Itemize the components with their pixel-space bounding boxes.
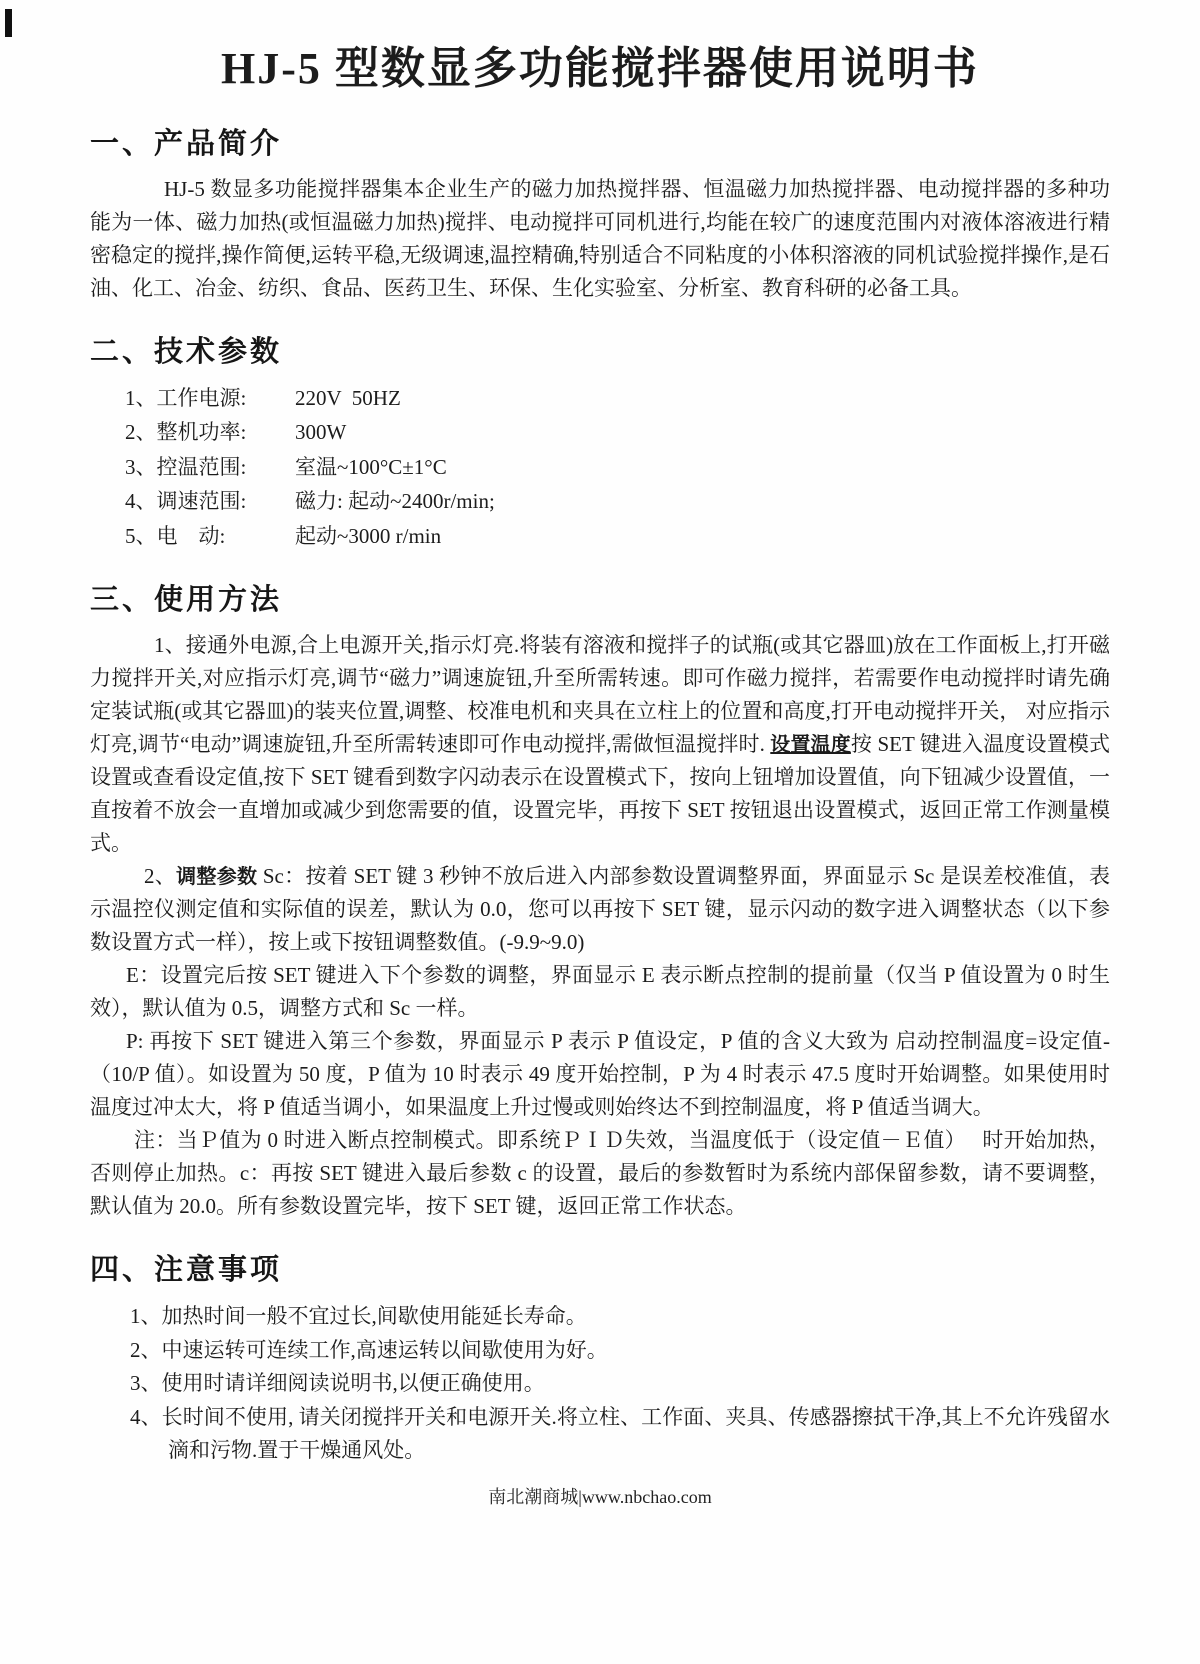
emphasis-text: 设置温度: [770, 732, 851, 756]
usage-paragraph-1: 1、接通外电源,合上电源开关,指示灯亮.将装有溶液和搅拌子的试瓶(或其它器皿)放…: [90, 629, 1110, 860]
section-heading-specs: 二、技术参数: [90, 333, 1110, 371]
spec-value: 磁力: 起动~2400r/min;: [295, 484, 495, 519]
section-heading-intro: 一、产品简介: [90, 125, 1110, 163]
spec-label: 5、电 动:: [125, 519, 295, 554]
document-title: HJ-5 型数显多功能搅拌器使用说明书: [90, 40, 1110, 97]
emphasis-text: 调整参数: [176, 864, 257, 888]
spec-label: 4、调速范围:: [125, 484, 295, 519]
spec-value: 起动~3000 r/min: [295, 519, 441, 554]
usage-paragraph-4: P: 再按下 SET 键进入第三个参数，界面显示 P 表示 P 值设定，P 值的…: [90, 1025, 1110, 1124]
spec-label: 2、整机功率:: [125, 415, 295, 450]
usage-paragraph-5: 注：当Ｐ值为 0 时进入断点控制模式。即系统ＰＩＤ失效，当温度低于（设定值－Ｅ值…: [90, 1124, 1110, 1223]
spec-label: 1、工作电源:: [125, 381, 295, 416]
manual-page: HJ-5 型数显多功能搅拌器使用说明书 一、产品简介 HJ-5 数显多功能搅拌器…: [0, 0, 1200, 1664]
note-item: 4、长时间不使用, 请关闭搅拌开关和电源开关.将立柱、工作面、夹具、传感器擦拭干…: [90, 1401, 1110, 1468]
notes-list: 1、加热时间一般不宜过长,间歇使用能延长寿命。2、中速运转可连续工作,高速运转以…: [90, 1300, 1110, 1468]
intro-paragraph: HJ-5 数显多功能搅拌器集本企业生产的磁力加热搅拌器、恒温磁力加热搅拌器、电动…: [90, 173, 1110, 305]
body-text: 2、: [144, 864, 176, 888]
note-item: 3、使用时请详细阅读说明书,以便正确使用。: [90, 1367, 1110, 1401]
usage-paragraph-2: 2、调整参数 Sc：按着 SET 键 3 秒钟不放后进入内部参数设置调整界面，界…: [90, 860, 1110, 959]
spec-table: 1、工作电源:220V 50HZ2、整机功率:300W3、控温范围:室温~100…: [125, 381, 1110, 554]
section-heading-notes: 四、注意事项: [90, 1251, 1110, 1289]
usage-paragraph-3: E：设置完后按 SET 键进入下个参数的调整，界面显示 E 表示断点控制的提前量…: [90, 959, 1110, 1025]
body-text: 注：当Ｐ值为 0 时进入断点控制模式。即系统ＰＩＤ失效，当温度低于（设定值－Ｅ值…: [90, 1128, 1110, 1218]
body-text: E：设置完后按 SET 键进入下个参数的调整，界面显示 E 表示断点控制的提前量…: [90, 963, 1110, 1020]
spec-row: 3、控温范围:室温~100°C±1°C: [125, 450, 1110, 485]
page-footer: 南北潮商城|www.nbchao.com: [0, 1483, 1200, 1509]
note-item: 1、加热时间一般不宜过长,间歇使用能延长寿命。: [90, 1300, 1110, 1334]
spec-value: 300W: [295, 415, 346, 450]
spec-row: 4、调速范围:磁力: 起动~2400r/min;: [125, 484, 1110, 519]
note-item: 2、中速运转可连续工作,高速运转以间歇使用为好。: [90, 1334, 1110, 1368]
spec-row: 2、整机功率:300W: [125, 415, 1110, 450]
spec-row: 1、工作电源:220V 50HZ: [125, 381, 1110, 416]
spec-value: 220V 50HZ: [295, 381, 401, 416]
spec-value: 室温~100°C±1°C: [295, 450, 447, 485]
spec-label: 3、控温范围:: [125, 450, 295, 485]
body-text: P: 再按下 SET 键进入第三个参数，界面显示 P 表示 P 值设定，P 值的…: [90, 1029, 1110, 1119]
usage-paragraphs: 1、接通外电源,合上电源开关,指示灯亮.将装有溶液和搅拌子的试瓶(或其它器皿)放…: [90, 629, 1110, 1223]
section-heading-usage: 三、使用方法: [90, 581, 1110, 619]
spec-row: 5、电 动:起动~3000 r/min: [125, 519, 1110, 554]
scan-artifact: [5, 9, 12, 37]
